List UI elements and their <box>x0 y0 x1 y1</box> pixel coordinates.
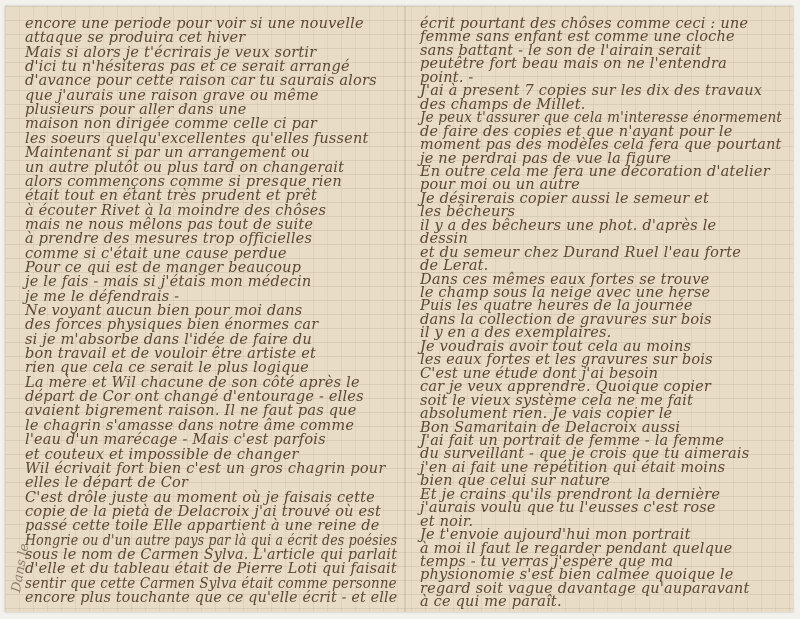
handwritten-line: à ce qui me paraît. <box>420 594 562 610</box>
letter-paper: Dans le ... encore une periode pour voir… <box>5 6 793 612</box>
handwritten-line: encore plus touchante que ce qu'elle écr… <box>25 590 397 606</box>
page-fold <box>404 6 406 612</box>
